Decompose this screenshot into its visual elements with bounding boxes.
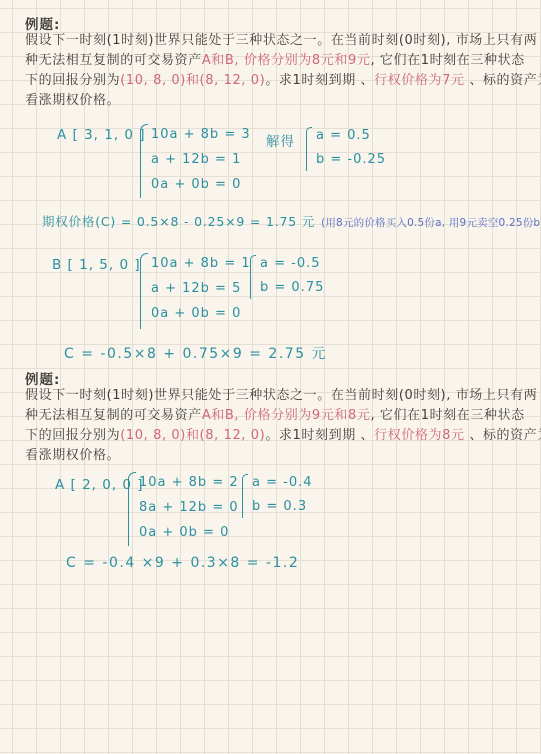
statement-line: 下的回报分别为(10, 8, 0)和(8, 12, 0)。求1时刻到期 、行权价… xyxy=(25,71,520,91)
option-price-line: 期权价格(C) = 0.5×8 - 0.25×9 = 1.75 元(用8元的价格… xyxy=(42,211,541,230)
solution-a: a = -0.4 xyxy=(252,471,313,495)
statement-text: , 它们在1时刻在三种状态 xyxy=(370,408,524,423)
payoff-vector-label: A [ 3, 1, 0 ] xyxy=(57,127,146,143)
equation: a + 12b = 5 xyxy=(151,276,251,301)
equation: 10a + 8b = 1 xyxy=(151,251,251,276)
equation: 8a + 12b = 0 xyxy=(139,495,239,520)
statement-text: 看涨期权价格。 xyxy=(25,448,120,463)
solution-a: a = -0.5 xyxy=(260,252,324,276)
statement-highlight: (10, 8, 0)和(8, 12, 0) xyxy=(120,428,265,443)
statement-line: 种无法相互复制的可交易资产A和B, 价格分别为8元和9元, 它们在1时刻在三种状… xyxy=(25,51,520,71)
statement-highlight: 行权价格为8元 xyxy=(374,428,464,443)
option-price-note: (用8元的价格买入0.5份a, 用9元卖空0.25份b) xyxy=(321,217,541,229)
solution-values: a = 0.5 b = -0.25 xyxy=(316,124,386,172)
statement-text: 下的回报分别为 xyxy=(25,73,120,88)
statement-text: 、标的资产为A的 xyxy=(465,428,541,443)
solution-b: b = 0.3 xyxy=(252,495,313,519)
statement-text: 下的回报分别为 xyxy=(25,428,120,443)
solution-b: b = -0.25 xyxy=(316,148,386,172)
statement-text: 种无法相互复制的可交易资产 xyxy=(25,53,202,68)
equation-system: 10a + 8b = 1 a + 12b = 5 0a + 0b = 0 xyxy=(151,251,251,326)
problem-1-statement: 假设下一时刻(1时刻)世界只能处于三种状态之一。在当前时刻(0时刻), 市场上只… xyxy=(25,31,520,111)
solution-b: b = 0.75 xyxy=(260,276,324,300)
equation: 0a + 0b = 0 xyxy=(151,301,251,326)
statement-text: 。求1时刻到期 、 xyxy=(265,73,374,88)
statement-text: 假设下一时刻(1时刻)世界只能处于三种状态之一。在当前时刻(0时刻), 市场上只… xyxy=(25,33,537,48)
statement-highlight: A和B, 价格分别为9元和8元 xyxy=(202,408,371,423)
solution-brace xyxy=(306,127,312,171)
statement-line: 看涨期权价格。 xyxy=(25,91,520,111)
statement-highlight: A和B, 价格分别为8元和9元 xyxy=(202,53,371,68)
equation: 10a + 8b = 2 xyxy=(139,470,239,495)
statement-text: 种无法相互复制的可交易资产 xyxy=(25,408,202,423)
final-price-result: C = -0.4 ×9 + 0.3×8 = -1.2 xyxy=(66,555,299,571)
equation: 10a + 8b = 3 xyxy=(151,122,251,147)
final-price-result: C = -0.5×8 + 0.75×9 = 2.75 元 xyxy=(64,343,327,363)
notebook-page: { "page": { "paper_color": "#f9f4ec", "g… xyxy=(0,0,541,754)
statement-line: 看涨期权价格。 xyxy=(25,446,520,466)
problem-1-heading: 例题: xyxy=(25,13,60,33)
problem-2-statement: 假设下一时刻(1时刻)世界只能处于三种状态之一。在当前时刻(0时刻), 市场上只… xyxy=(25,386,520,466)
payoff-vector-label: B [ 1, 5, 0 ] xyxy=(52,257,141,273)
statement-highlight: 行权价格为7元 xyxy=(374,73,464,88)
statement-line: 下的回报分别为(10, 8, 0)和(8, 12, 0)。求1时刻到期 、行权价… xyxy=(25,426,520,446)
solution-brace xyxy=(250,255,256,299)
statement-text: , 它们在1时刻在三种状态 xyxy=(370,53,524,68)
solve-label: 解得 xyxy=(266,130,295,150)
equation: a + 12b = 1 xyxy=(151,147,251,172)
statement-line: 假设下一时刻(1时刻)世界只能处于三种状态之一。在当前时刻(0时刻), 市场上只… xyxy=(25,31,520,51)
equation: 0a + 0b = 0 xyxy=(139,520,239,545)
solution-a: a = 0.5 xyxy=(316,124,386,148)
statement-line: 种无法相互复制的可交易资产A和B, 价格分别为9元和8元, 它们在1时刻在三种状… xyxy=(25,406,520,426)
solution-values: a = -0.5 b = 0.75 xyxy=(260,252,324,300)
equation-brace xyxy=(140,124,148,198)
equation-system: 10a + 8b = 3 a + 12b = 1 0a + 0b = 0 xyxy=(151,122,251,197)
statement-text: 假设下一时刻(1时刻)世界只能处于三种状态之一。在当前时刻(0时刻), 市场上只… xyxy=(25,388,537,403)
equation-brace xyxy=(128,472,136,546)
option-price-formula: 期权价格(C) = 0.5×8 - 0.25×9 = 1.75 元 xyxy=(42,214,315,229)
statement-highlight: (10, 8, 0)和(8, 12, 0) xyxy=(120,73,265,88)
problem-2-heading: 例题: xyxy=(25,368,60,388)
statement-line: 假设下一时刻(1时刻)世界只能处于三种状态之一。在当前时刻(0时刻), 市场上只… xyxy=(25,386,520,406)
statement-text: 、标的资产为A的 xyxy=(465,73,541,88)
solution-values: a = -0.4 b = 0.3 xyxy=(252,471,313,519)
equation: 0a + 0b = 0 xyxy=(151,172,251,197)
statement-text: 看涨期权价格。 xyxy=(25,93,120,108)
equation-brace xyxy=(140,253,148,329)
equation-system: 10a + 8b = 2 8a + 12b = 0 0a + 0b = 0 xyxy=(139,470,239,545)
solution-brace xyxy=(242,474,248,518)
statement-text: 。求1时刻到期 、 xyxy=(265,428,374,443)
